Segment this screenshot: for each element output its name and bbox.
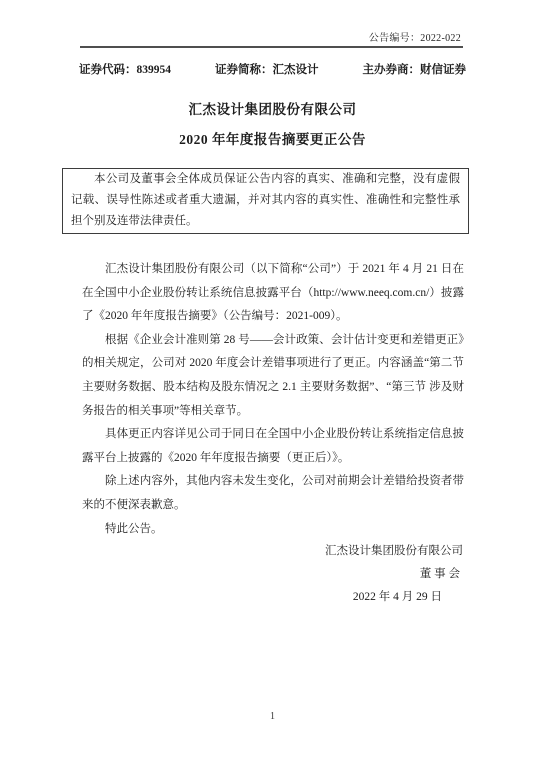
body-paragraph: 汇杰设计集团股份有限公司（以下简称“公司”）于 2021 年 4 月 21 日在… [82, 258, 464, 329]
company-title: 汇杰设计集团股份有限公司 [0, 98, 545, 118]
body-paragraph: 具体更正内容详见公司于同日在全国中小企业股份转让系统指定信息披露平台上披露的《2… [82, 423, 464, 470]
stock-code-label: 证券代码：839954 [79, 61, 171, 77]
announcement-page: 公告编号：2022-022 证券代码：839954 证券简称：汇杰设计 主办券商… [0, 0, 545, 771]
doc-number: 公告编号：2022-022 [82, 29, 461, 44]
body-paragraph: 根据《企业会计准则第 28 号——会计政策、会计估计变更和差错更正》的相关规定，… [82, 329, 464, 423]
announcement-title: 2020 年年度报告摘要更正公告 [0, 128, 545, 148]
header-rule [80, 46, 463, 48]
stock-short-name-label: 证券简称：汇杰设计 [215, 61, 319, 77]
page-number: 1 [0, 711, 545, 722]
body-paragraph: 特此公告。 [82, 518, 464, 542]
securities-header-row: 证券代码：839954 证券简称：汇杰设计 主办券商：财信证券 [79, 61, 466, 77]
announcement-body: 汇杰设计集团股份有限公司（以下简称“公司”）于 2021 年 4 月 21 日在… [82, 258, 464, 541]
body-paragraph: 除上述内容外，其他内容未发生变化，公司对前期会计差错给投资者带来的不便深表歉意。 [82, 470, 464, 517]
signature-board: 董 事 会 [325, 563, 463, 586]
sponsor-label: 主办券商：财信证券 [363, 61, 467, 77]
signature-block: 汇杰设计集团股份有限公司 董 事 会 2022 年 4 月 29 日 [325, 540, 463, 608]
signature-company: 汇杰设计集团股份有限公司 [325, 540, 463, 563]
disclaimer-box: 本公司及董事会全体成员保证公告内容的真实、准确和完整，没有虚假记载、误导性陈述或… [62, 168, 469, 234]
signature-date: 2022 年 4 月 29 日 [325, 586, 463, 609]
